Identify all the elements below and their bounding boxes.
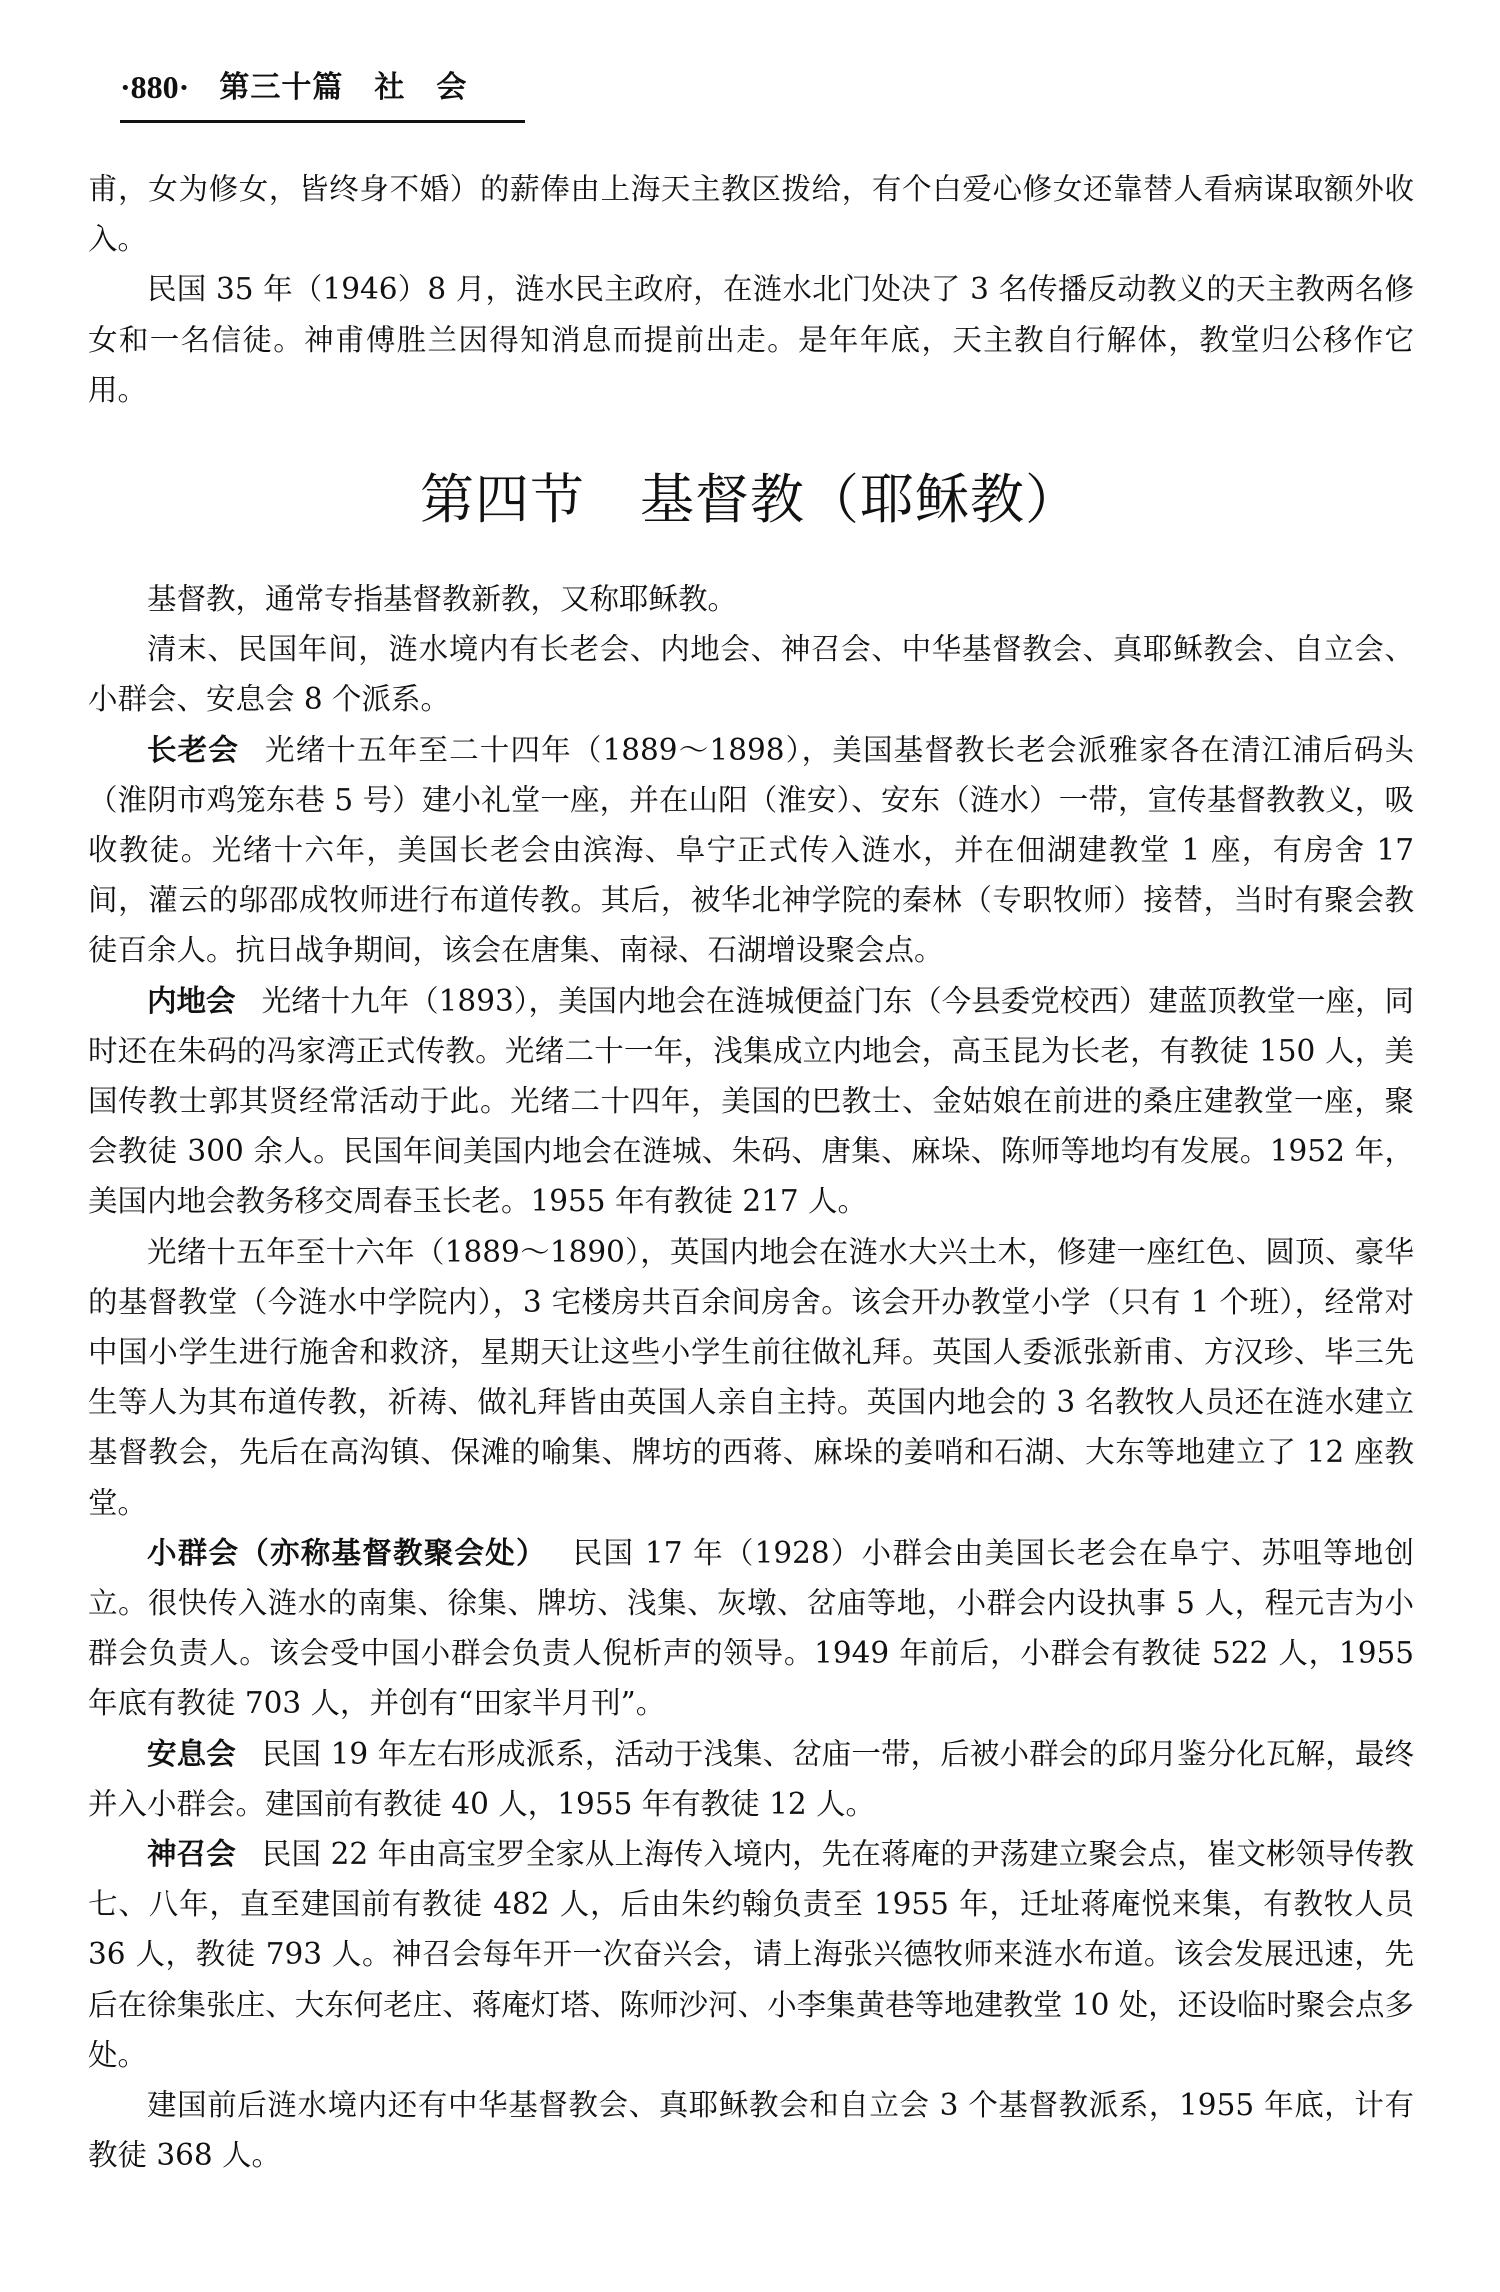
paragraph-inland-mission: 内地会光绪十九年（1893），美国内地会在涟城便益门东（今县委党校西）建蓝顶教堂… xyxy=(88,976,1414,1227)
paragraph-lead-heading: 长老会 xyxy=(147,733,239,767)
paragraph-text: 民国 19 年左右形成派系，活动于浅集、岔庙一带，后被小群会的邱月鉴分化瓦解，最… xyxy=(88,1737,1414,1821)
paragraph: 基督教，通常专指基督教新教，又称耶稣教。 xyxy=(88,574,1414,624)
paragraph-text: 光绪十五年至十六年（1889～1890），英国内地会在涟水大兴土木，修建一座红色… xyxy=(88,1235,1414,1520)
paragraph: 建国前后涟水境内还有中华基督教会、真耶稣教会和自立会 3 个基督教派系，1955… xyxy=(88,2080,1414,2180)
paragraph-text: 光绪十九年（1893），美国内地会在涟城便益门东（今县委党校西）建蓝顶教堂一座，… xyxy=(88,984,1414,1219)
paragraph-presbyterian: 长老会光绪十五年至二十四年（1889～1898），美国基督教长老会派雅家各在清江… xyxy=(88,725,1414,976)
paragraph-adventist: 安息会民国 19 年左右形成派系，活动于浅集、岔庙一带，后被小群会的邱月鉴分化瓦… xyxy=(88,1729,1414,1829)
paragraph: 清末、民国年间，涟水境内有长老会、内地会、神召会、中华基督教会、真耶稣教会、自立… xyxy=(88,624,1414,724)
continued-text-block: 甫，女为修女，皆终身不婚）的薪俸由上海天主教区拨给，有个白爱心修女还靠替人看病谋… xyxy=(88,164,1414,415)
paragraph-text: 光绪十五年至二十四年（1889～1898），美国基督教长老会派雅家各在清江浦后码… xyxy=(88,733,1414,968)
paragraph-text: 基督教，通常专指基督教新教，又称耶稣教。 xyxy=(147,582,737,616)
section-body: 基督教，通常专指基督教新教，又称耶稣教。 清末、民国年间，涟水境内有长老会、内地… xyxy=(88,574,1414,2181)
paragraph: 甫，女为修女，皆终身不婚）的薪俸由上海天主教区拨给，有个白爱心修女还靠替人看病谋… xyxy=(88,164,1414,264)
running-header: ·880· 第三十篇 社 会 xyxy=(120,58,467,106)
part-title: 第三十篇 社 会 xyxy=(219,62,467,106)
paragraph-lead-heading: 小群会（亦称基督教聚会处） xyxy=(147,1536,547,1570)
paragraph-little-flock: 小群会（亦称基督教聚会处）民国 17 年（1928）小群会由美国长老会在阜宁、苏… xyxy=(88,1528,1414,1729)
paragraph-text: 民国 22 年由高宝罗全家从上海传入境内，先在蒋庵的尹荡建立聚会点，崔文彬领导传… xyxy=(88,1837,1414,2072)
paragraph: 光绪十五年至十六年（1889～1890），英国内地会在涟水大兴土木，修建一座红色… xyxy=(88,1227,1414,1528)
page-number: ·880· xyxy=(120,69,189,106)
paragraph-text: 建国前后涟水境内还有中华基督教会、真耶稣教会和自立会 3 个基督教派系，1955… xyxy=(88,2088,1414,2172)
paragraph-assemblies-of-god: 神召会民国 22 年由高宝罗全家从上海传入境内，先在蒋庵的尹荡建立聚会点，崔文彬… xyxy=(88,1829,1414,2080)
section-title: 第四节 基督教（耶稣教） xyxy=(0,460,1500,540)
header-rule xyxy=(120,120,525,123)
paragraph-lead-heading: 安息会 xyxy=(147,1737,236,1771)
paragraph: 民国 35 年（1946）8 月，涟水民主政府，在涟水北门处决了 3 名传播反动… xyxy=(88,264,1414,415)
document-page: ·880· 第三十篇 社 会 甫，女为修女，皆终身不婚）的薪俸由上海天主教区拨给… xyxy=(0,0,1500,2292)
paragraph-text: 清末、民国年间，涟水境内有长老会、内地会、神召会、中华基督教会、真耶稣教会、自立… xyxy=(88,632,1414,716)
paragraph-lead-heading: 内地会 xyxy=(147,984,236,1018)
paragraph-lead-heading: 神召会 xyxy=(147,1837,236,1871)
